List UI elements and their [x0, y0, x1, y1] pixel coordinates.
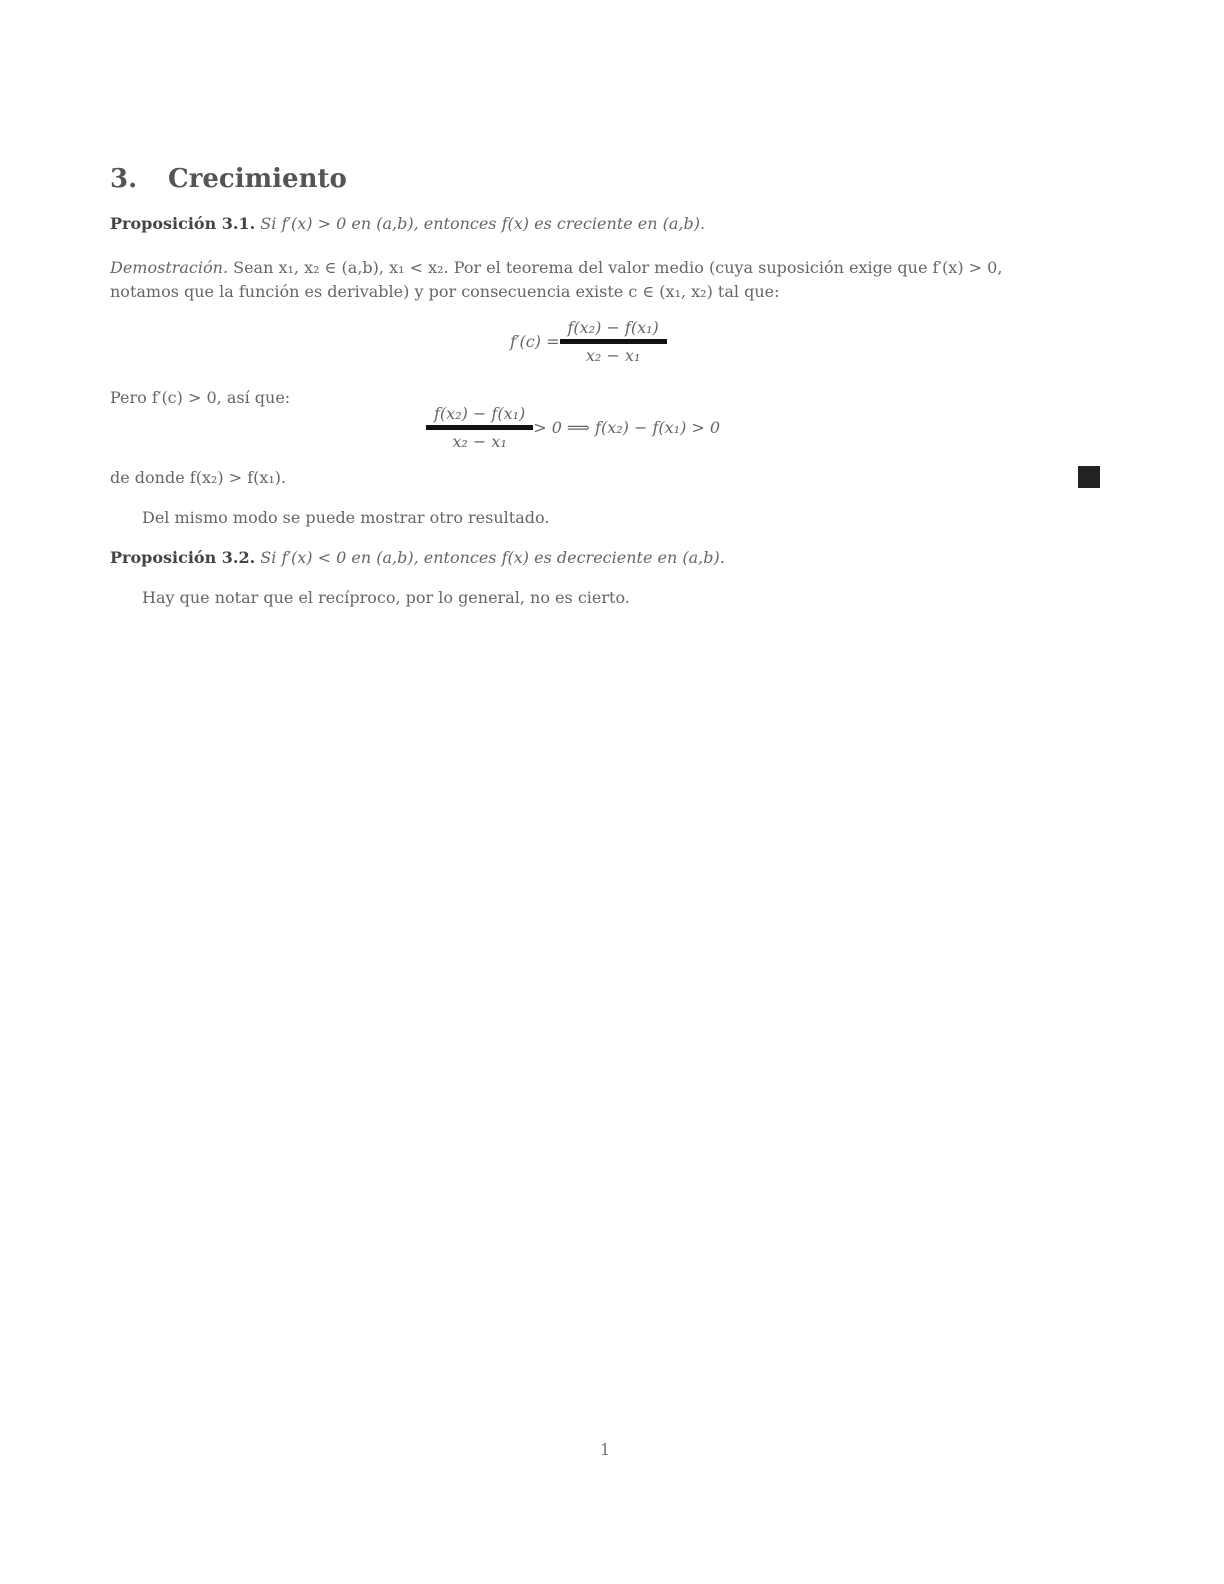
proof-paragraph: Demostración. Sean x₁, x₂ ∈ (a,b), x₁ < … [110, 256, 1110, 304]
page-number: 1 [600, 1440, 610, 1459]
proposition-text: Si f′(x) < 0 en (a,b), entonces f(x) es … [260, 548, 725, 567]
proof-label: Demostración. [110, 258, 228, 277]
section-title: Crecimiento [168, 164, 347, 194]
denominator: x₂ − x₁ [448, 432, 510, 451]
proof-line-1: Sean x₁, x₂ ∈ (a,b), x₁ < x₂. Por el teo… [233, 258, 1002, 277]
denominator: x₂ − x₁ [582, 346, 644, 365]
proposition-label: Proposición 3.1. [110, 214, 255, 233]
proof-line-2: notamos que la función es derivable) y p… [110, 282, 780, 301]
equation-mean-value: f′(c) = f(x₂) − f(x₁) x₂ − x₁ [510, 318, 667, 365]
proof-line-4: de donde f(x₂) > f(x₁). [110, 466, 1110, 490]
section-heading: 3.Crecimiento [110, 164, 347, 194]
note-1: Del mismo modo se puede mostrar otro res… [142, 506, 1142, 530]
fraction: f(x₂) − f(x₁) x₂ − x₁ [564, 318, 663, 365]
qed-square-icon [1078, 466, 1100, 488]
fraction-bar [560, 339, 667, 344]
equation-rhs: > 0 ⟹ f(x₂) − f(x₁) > 0 [533, 418, 720, 437]
numerator: f(x₂) − f(x₁) [564, 318, 663, 337]
note-2: Hay que notar que el recíproco, por lo g… [142, 586, 1142, 610]
fraction: f(x₂) − f(x₁) x₂ − x₁ [430, 404, 529, 451]
fraction-bar [426, 425, 533, 430]
proposition-text: Si f′(x) > 0 en (a,b), entonces f(x) es … [260, 214, 705, 233]
equation-lhs: f′(c) = [510, 332, 560, 351]
proposition-3-1: Proposición 3.1. Si f′(x) > 0 en (a,b), … [110, 212, 1110, 236]
proposition-3-2: Proposición 3.2. Si f′(x) < 0 en (a,b), … [110, 546, 1110, 570]
equation-inequality: f(x₂) − f(x₁) x₂ − x₁ > 0 ⟹ f(x₂) − f(x₁… [426, 404, 720, 451]
numerator: f(x₂) − f(x₁) [430, 404, 529, 423]
section-number: 3. [110, 164, 168, 194]
proposition-label: Proposición 3.2. [110, 548, 255, 567]
